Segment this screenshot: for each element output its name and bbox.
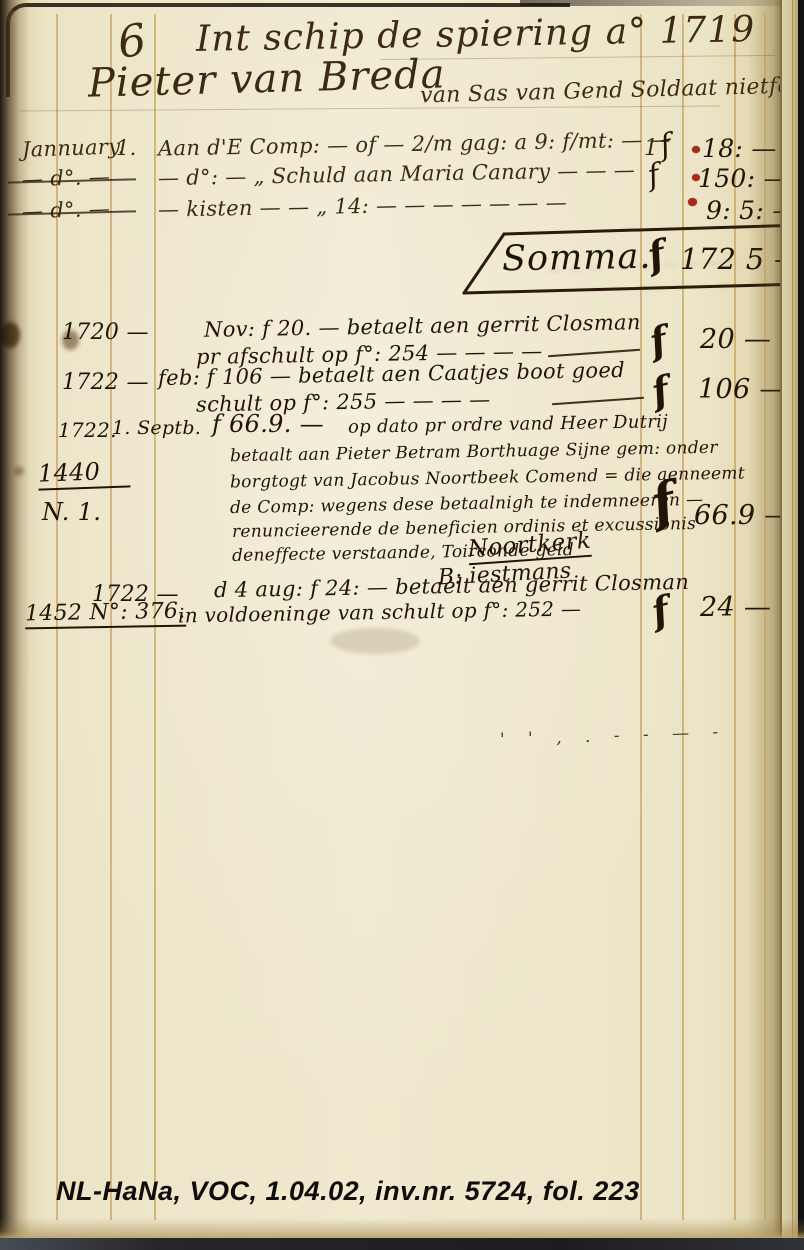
ruled-column-line bbox=[640, 14, 642, 1220]
photo-right-border bbox=[798, 0, 804, 1250]
book-binding-edge bbox=[0, 0, 30, 1250]
next-page-sliver bbox=[782, 0, 798, 1250]
archive-reference-caption: NL-HaNa, VOC, 1.04.02, inv.nr. 5724, fol… bbox=[56, 1176, 640, 1207]
next-page-rule bbox=[792, 0, 793, 1250]
ledger-row-month: — d°. — bbox=[22, 196, 111, 223]
entry-margin-number: 1452 N°: 376. bbox=[25, 599, 186, 630]
ledger-row-month: Jannuary. bbox=[22, 134, 125, 162]
page-bottom-edge bbox=[0, 1218, 804, 1240]
red-dot-marker bbox=[692, 174, 700, 181]
red-dot-marker bbox=[692, 146, 700, 153]
ledger-row-day: 1. bbox=[116, 136, 137, 160]
red-dot-marker bbox=[688, 198, 697, 206]
entry-year: 1720 — bbox=[62, 320, 149, 345]
page-fold-shadow bbox=[748, 0, 780, 1250]
entry-margin-note: N. 1. bbox=[42, 498, 101, 526]
entry-date: 1. Septb. bbox=[112, 417, 201, 439]
page-top-left-frame bbox=[6, 3, 570, 97]
somma-label: Somma. bbox=[502, 237, 652, 280]
ruled-column-line bbox=[682, 14, 684, 1220]
entry-margin-number: 1440 bbox=[37, 456, 130, 490]
entry-year: 1722. bbox=[58, 418, 117, 442]
smudge bbox=[330, 628, 420, 654]
entry-year: 1722 — bbox=[62, 370, 149, 395]
photo-bottom-border bbox=[0, 1238, 804, 1250]
ledger-row-month: — d°. — bbox=[22, 164, 111, 191]
scanned-ledger-photo: ~~~ ~~ ~~~~ ~~ ~~~ ~~ 6 Int schip de spi… bbox=[0, 0, 804, 1250]
entry-sum-note: f 66.9. — bbox=[212, 410, 324, 438]
